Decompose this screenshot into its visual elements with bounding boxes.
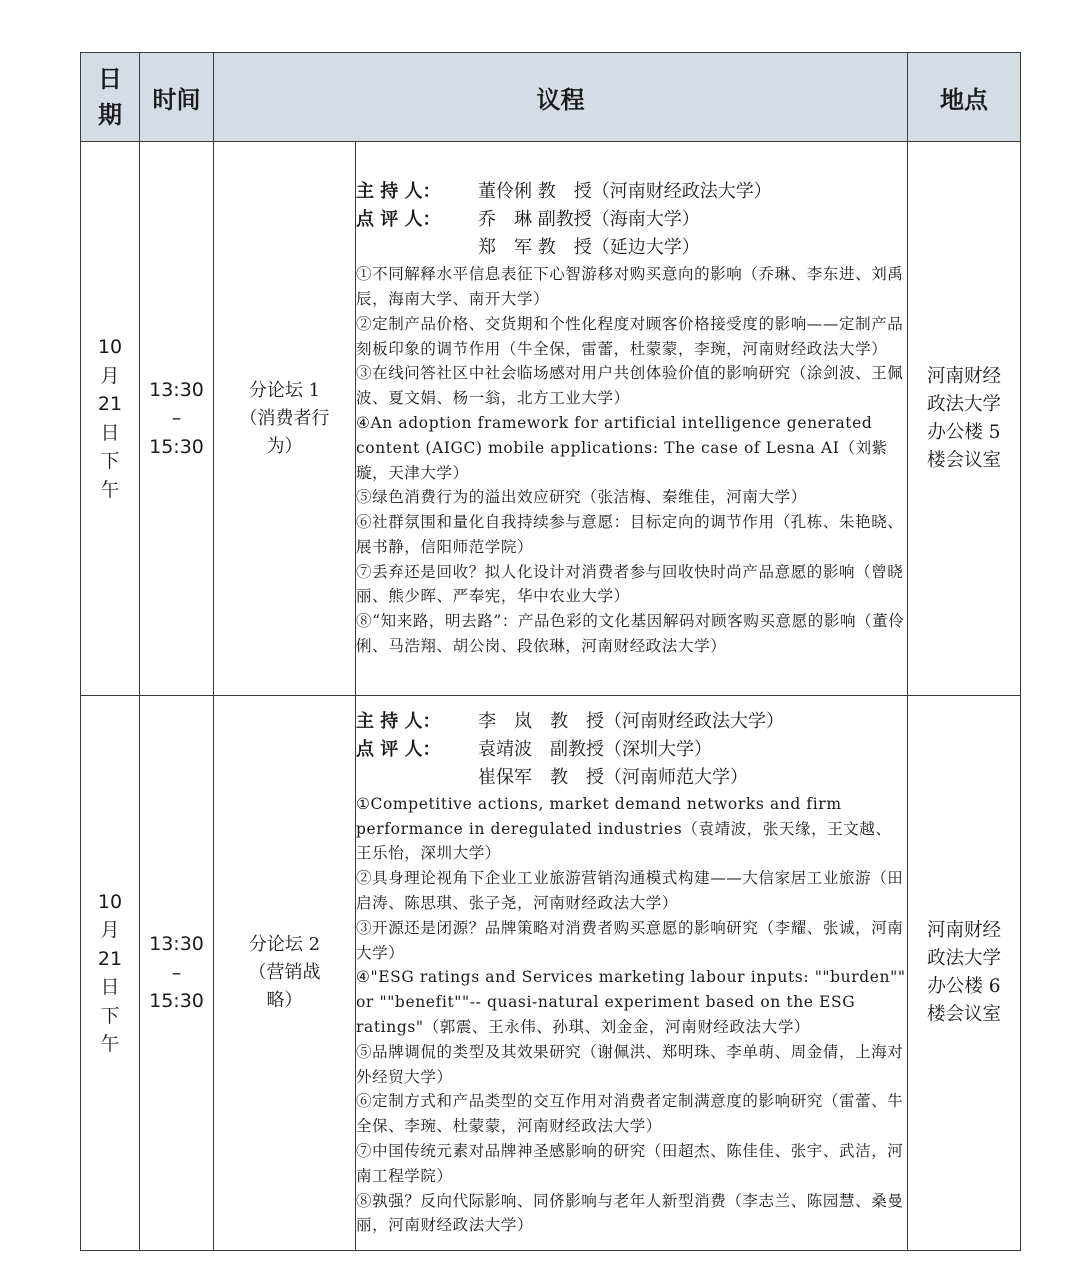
date-line: 日 (81, 419, 139, 448)
agenda-table: 日 期 时间 议程 地点 10 月 21 日 下 午 13:30 – 15:30 (80, 52, 1021, 1251)
paper-item: ①Competitive actions, market demand netw… (356, 792, 907, 866)
location-line: 楼会议室 (908, 447, 1020, 475)
reviewer-name: 郑 军 教 授（延边大学） (478, 237, 700, 258)
host-line: 主 持 人：董伶俐 教 授（河南财经政法大学） (356, 178, 907, 206)
date-line: 月 (81, 362, 139, 391)
host-line: 主 持 人：李 岚 教 授（河南财经政法大学） (356, 708, 907, 736)
time-separator: – (140, 959, 213, 988)
reviewer-name: 崔保军 教 授（河南师范大学） (478, 767, 748, 788)
paper-item: ②定制产品价格、交货期和个性化程度对顾客价格接受度的影响——定制产品刻板印象的调… (356, 312, 907, 362)
header-time: 时间 (140, 53, 214, 142)
location-cell: 河南财经 政法大学 办公楼 6 楼会议室 (908, 696, 1021, 1251)
location-line: 河南财经 (908, 917, 1020, 945)
location-line: 楼会议室 (908, 1001, 1020, 1029)
date-line: 下 (81, 1002, 139, 1031)
location-cell: 河南财经 政法大学 办公楼 5 楼会议室 (908, 142, 1021, 696)
paper-item: ④"ESG ratings and Services marketing lab… (356, 965, 907, 1039)
paper-item: ⑧孰强？反向代际影响、同侪影响与老年人新型消费（李志兰、陈园慧、桑曼丽，河南财经… (356, 1189, 907, 1239)
location-line: 河南财经 (908, 363, 1020, 391)
date-line: 日 (81, 973, 139, 1002)
session-cell: 分论坛 2 （营销战 略） (214, 696, 356, 1251)
host-name: 董伶俐 教 授（河南财经政法大学） (478, 181, 772, 202)
time-end: 15:30 (140, 433, 213, 462)
session-title: 分论坛 1 (214, 377, 355, 405)
session-cell: 分论坛 1 （消费者行 为） (214, 142, 356, 696)
session-topic: 为） (214, 433, 355, 461)
reviewer-name: 袁靖波 副教授（深圳大学） (478, 739, 712, 760)
paper-item: ④An adoption framework for artificial in… (356, 411, 907, 485)
paper-item: ①不同解释水平信息表征下心智游移对购买意向的影响（乔琳、李东进、刘禹辰，海南大学… (356, 262, 907, 312)
header-row: 日 期 时间 议程 地点 (81, 53, 1021, 142)
host-label: 主 持 人： (356, 708, 478, 736)
time-separator: – (140, 404, 213, 433)
session-topic: （消费者行 (214, 405, 355, 433)
table-row: 10 月 21 日 下 午 13:30 – 15:30 分论坛 1 （消费者行 … (81, 142, 1021, 696)
paper-item: ③在线问答社区中社会临场感对用户共创体验价值的影响研究（涂剑波、王佩波、夏文娟、… (356, 361, 907, 411)
location-line: 办公楼 6 (908, 973, 1020, 1001)
header-location: 地点 (908, 53, 1021, 142)
agenda-cell: 主 持 人：董伶俐 教 授（河南财经政法大学） 点 评 人：乔 琳 副教授（海南… (356, 142, 908, 696)
reviewer-label: 点 评 人： (356, 736, 478, 764)
header-date: 日 期 (81, 53, 140, 142)
host-label: 主 持 人： (356, 178, 478, 206)
time-start: 13:30 (140, 930, 213, 959)
location-line: 办公楼 5 (908, 419, 1020, 447)
paper-item: ⑦丢弃还是回收？拟人化设计对消费者参与回收快时尚产品意愿的影响（曾晓丽、熊少晖、… (356, 560, 907, 610)
reviewer-line: 点 评 人：袁靖波 副教授（深圳大学） (356, 736, 907, 764)
paper-item: ⑦中国传统元素对品牌神圣感影响的研究（田超杰、陈佳佳、张宇、武洁，河南工程学院） (356, 1139, 907, 1189)
paper-item: ⑤品牌调侃的类型及其效果研究（谢佩洪、郑明珠、李单萌、周金倩，上海对外经贸大学） (356, 1040, 907, 1090)
time-cell: 13:30 – 15:30 (140, 142, 214, 696)
reviewer-label: 点 评 人： (356, 206, 478, 234)
reviewer-line: 崔保军 教 授（河南师范大学） (356, 764, 907, 792)
date-line: 午 (81, 476, 139, 505)
paper-item: ②具身理论视角下企业工业旅游营销沟通模式构建——大信家居工业旅游（田启涛、陈思琪… (356, 866, 907, 916)
date-line: 午 (81, 1030, 139, 1059)
date-line: 10 (81, 333, 139, 362)
location-line: 政法大学 (908, 391, 1020, 419)
header-agenda: 议程 (214, 53, 908, 142)
table-row: 10 月 21 日 下 午 13:30 – 15:30 分论坛 2 （营销战 略… (81, 696, 1021, 1251)
reviewer-line: 点 评 人：乔 琳 副教授（海南大学） (356, 206, 907, 234)
date-line: 月 (81, 916, 139, 945)
date-line: 下 (81, 447, 139, 476)
date-cell: 10 月 21 日 下 午 (81, 142, 140, 696)
date-cell: 10 月 21 日 下 午 (81, 696, 140, 1251)
date-line: 10 (81, 888, 139, 917)
header-date-line: 期 (81, 97, 139, 133)
paper-item: ⑤绿色消费行为的溢出效应研究（张洁梅、秦维佳，河南大学） (356, 485, 907, 510)
session-title: 分论坛 2 (214, 931, 355, 959)
date-line: 21 (81, 390, 139, 419)
time-start: 13:30 (140, 376, 213, 405)
agenda-cell: 主 持 人：李 岚 教 授（河南财经政法大学） 点 评 人：袁靖波 副教授（深圳… (356, 696, 908, 1251)
paper-item: ③开源还是闭源？品牌策略对消费者购买意愿的影响研究（李耀、张诚，河南大学） (356, 916, 907, 966)
host-name: 李 岚 教 授（河南财经政法大学） (478, 711, 784, 732)
date-line: 21 (81, 945, 139, 974)
header-date-line: 日 (81, 61, 139, 97)
paper-item: ⑧“知来路，明去路”：产品色彩的文化基因解码对顾客购买意愿的影响（董伶俐、马浩翔… (356, 609, 907, 659)
time-end: 15:30 (140, 987, 213, 1016)
session-topic: 略） (214, 987, 355, 1015)
time-cell: 13:30 – 15:30 (140, 696, 214, 1251)
location-line: 政法大学 (908, 945, 1020, 973)
session-topic: （营销战 (214, 959, 355, 987)
reviewer-name: 乔 琳 副教授（海南大学） (478, 209, 700, 230)
reviewer-line: 郑 军 教 授（延边大学） (356, 234, 907, 262)
paper-item: ⑥定制方式和产品类型的交互作用对消费者定制满意度的影响研究（雷蕾、牛全保、李琬、… (356, 1089, 907, 1139)
paper-item: ⑥社群氛围和量化自我持续参与意愿：目标定向的调节作用（孔栋、朱艳晓、展书静，信阳… (356, 510, 907, 560)
